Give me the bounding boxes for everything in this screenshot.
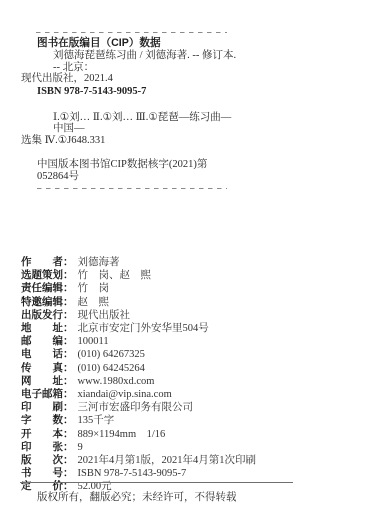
colophon-row-label: 作 者： — [21, 256, 74, 268]
colophon-row-topic-planning: 选题策划： 竹 岗、赵 熙 — [21, 269, 361, 282]
colophon-row-sheets: 印 张： 9 — [21, 441, 361, 454]
colophon-row-label: 电子邮箱： — [21, 388, 74, 400]
colophon-row-value: 竹 岗 — [78, 283, 110, 295]
colophon-row-value: 889×1194mm 1/16 — [78, 429, 166, 441]
colophon-row-value: xiandai@vip.sina.com — [78, 389, 172, 401]
colophon-row-value: ISBN 978-7-5143-9095-7 — [78, 468, 187, 480]
colophon-row-email: 电子邮箱： xiandai@vip.sina.com — [21, 388, 361, 401]
cip-isbn: ISBN 978-7-5143-9095-7 — [37, 86, 237, 97]
colophon-row-value: 刘德海著 — [78, 257, 120, 269]
cip-description-line-2: 现代出版社，2021.4 — [21, 73, 237, 84]
colophon-row-value: 赵 熙 — [78, 297, 110, 309]
colophon-row-value: 100011 — [78, 336, 109, 348]
colophon-row-word-count: 字 数： 135千字 — [21, 414, 361, 427]
cip-description-line-1: 刘德海琵琶练习曲 / 刘德海著. -- 修订本. -- 北京： — [53, 50, 237, 73]
colophon-row-value: 北京市安定门外安华里504号 — [78, 323, 209, 335]
colophon-row-label: 传 真： — [21, 362, 74, 374]
colophon-row-label: 电 话： — [21, 348, 74, 360]
colophon-block: 作 者： 刘德海著 选题策划： 竹 岗、赵 熙 责任编辑： 竹 岗 特邀编辑： … — [21, 256, 361, 494]
colophon-row-address: 地 址： 北京市安定门外安华里504号 — [21, 322, 361, 335]
colophon-row-website: 网 址： www.1980xd.com — [21, 375, 361, 388]
cip-classification-line-1: Ⅰ.①刘… Ⅱ.①刘… Ⅲ.①琵琶—练习曲—中国— — [53, 112, 237, 135]
colophon-row-label: 特邀编辑： — [21, 296, 74, 308]
colophon-row-label: 网 址： — [21, 375, 74, 387]
colophon-row-value: (010) 64245264 — [78, 363, 145, 375]
cip-classification-line-2: 选集 Ⅳ.①J648.331 — [21, 135, 237, 146]
colophon-row-label: 出版发行： — [21, 309, 74, 321]
colophon-row-value: 2021年4月第1版，2021年4月第1次印刷 — [78, 455, 257, 467]
colophon-row-format: 开 本： 889×1194mm 1/16 — [21, 428, 361, 441]
colophon-row-edition: 版 次： 2021年4月第1版，2021年4月第1次印刷 — [21, 454, 361, 467]
colophon-row-value: 9 — [78, 442, 83, 454]
colophon-row-postcode: 邮 编： 100011 — [21, 335, 361, 348]
copyright-page: 图书在版编目（CIP）数据 刘德海琵琶练习曲 / 刘德海著. -- 修订本. -… — [0, 0, 375, 531]
colophon-row-isbn: 书 号： ISBN 978-7-5143-9095-7 — [21, 467, 361, 480]
colophon-row-label: 印 刷： — [21, 401, 74, 413]
colophon-row-publisher: 出版发行： 现代出版社 — [21, 309, 361, 322]
colophon-row-label: 书 号： — [21, 467, 74, 479]
colophon-row-value: www.1980xd.com — [78, 376, 155, 388]
colophon-row-label: 开 本： — [21, 428, 74, 440]
cip-data-block: 图书在版编目（CIP）数据 刘德海琵琶练习曲 / 刘德海著. -- 修订本. -… — [21, 32, 237, 189]
colophon-row-value: 现代出版社 — [78, 310, 131, 322]
colophon-row-printer: 印 刷： 三河市宏盛印务有限公司 — [21, 401, 361, 414]
colophon-row-author: 作 者： 刘德海著 — [21, 256, 361, 269]
colophon-row-value: 三河市宏盛印务有限公司 — [78, 402, 194, 414]
colophon-row-label: 字 数： — [21, 414, 74, 426]
colophon-row-value: 135千字 — [78, 415, 115, 427]
cip-bottom-dashed-rule — [37, 188, 227, 189]
colophon-row-value: 竹 岗、赵 熙 — [78, 270, 152, 282]
colophon-row-label: 地 址： — [21, 322, 74, 334]
cip-top-dashed-rule — [36, 32, 227, 33]
colophon-row-label: 版 次： — [21, 454, 74, 466]
colophon-row-value: (010) 64267325 — [78, 349, 145, 361]
colophon-row-label: 责任编辑： — [21, 282, 74, 294]
colophon-row-fax: 传 真： (010) 64245264 — [21, 362, 361, 375]
footer: 版权所有，翻版必究；未经许可，不得转载 — [20, 482, 293, 504]
colophon-row-phone: 电 话： (010) 64267325 — [21, 348, 361, 361]
colophon-row-label: 邮 编： — [21, 335, 74, 347]
footer-rule — [20, 482, 293, 483]
colophon-row-responsible-editor: 责任编辑： 竹 岗 — [21, 282, 361, 295]
colophon-row-guest-editor: 特邀编辑： 赵 熙 — [21, 296, 361, 309]
colophon-row-label: 印 张： — [21, 441, 74, 453]
cip-record-number: 中国版本图书馆CIP数据核字(2021)第052864号 — [37, 159, 237, 182]
colophon-row-label: 选题策划： — [21, 269, 74, 281]
cip-heading: 图书在版编目（CIP）数据 — [37, 38, 237, 49]
copyright-notice: 版权所有，翻版必究；未经许可，不得转载 — [37, 489, 293, 504]
